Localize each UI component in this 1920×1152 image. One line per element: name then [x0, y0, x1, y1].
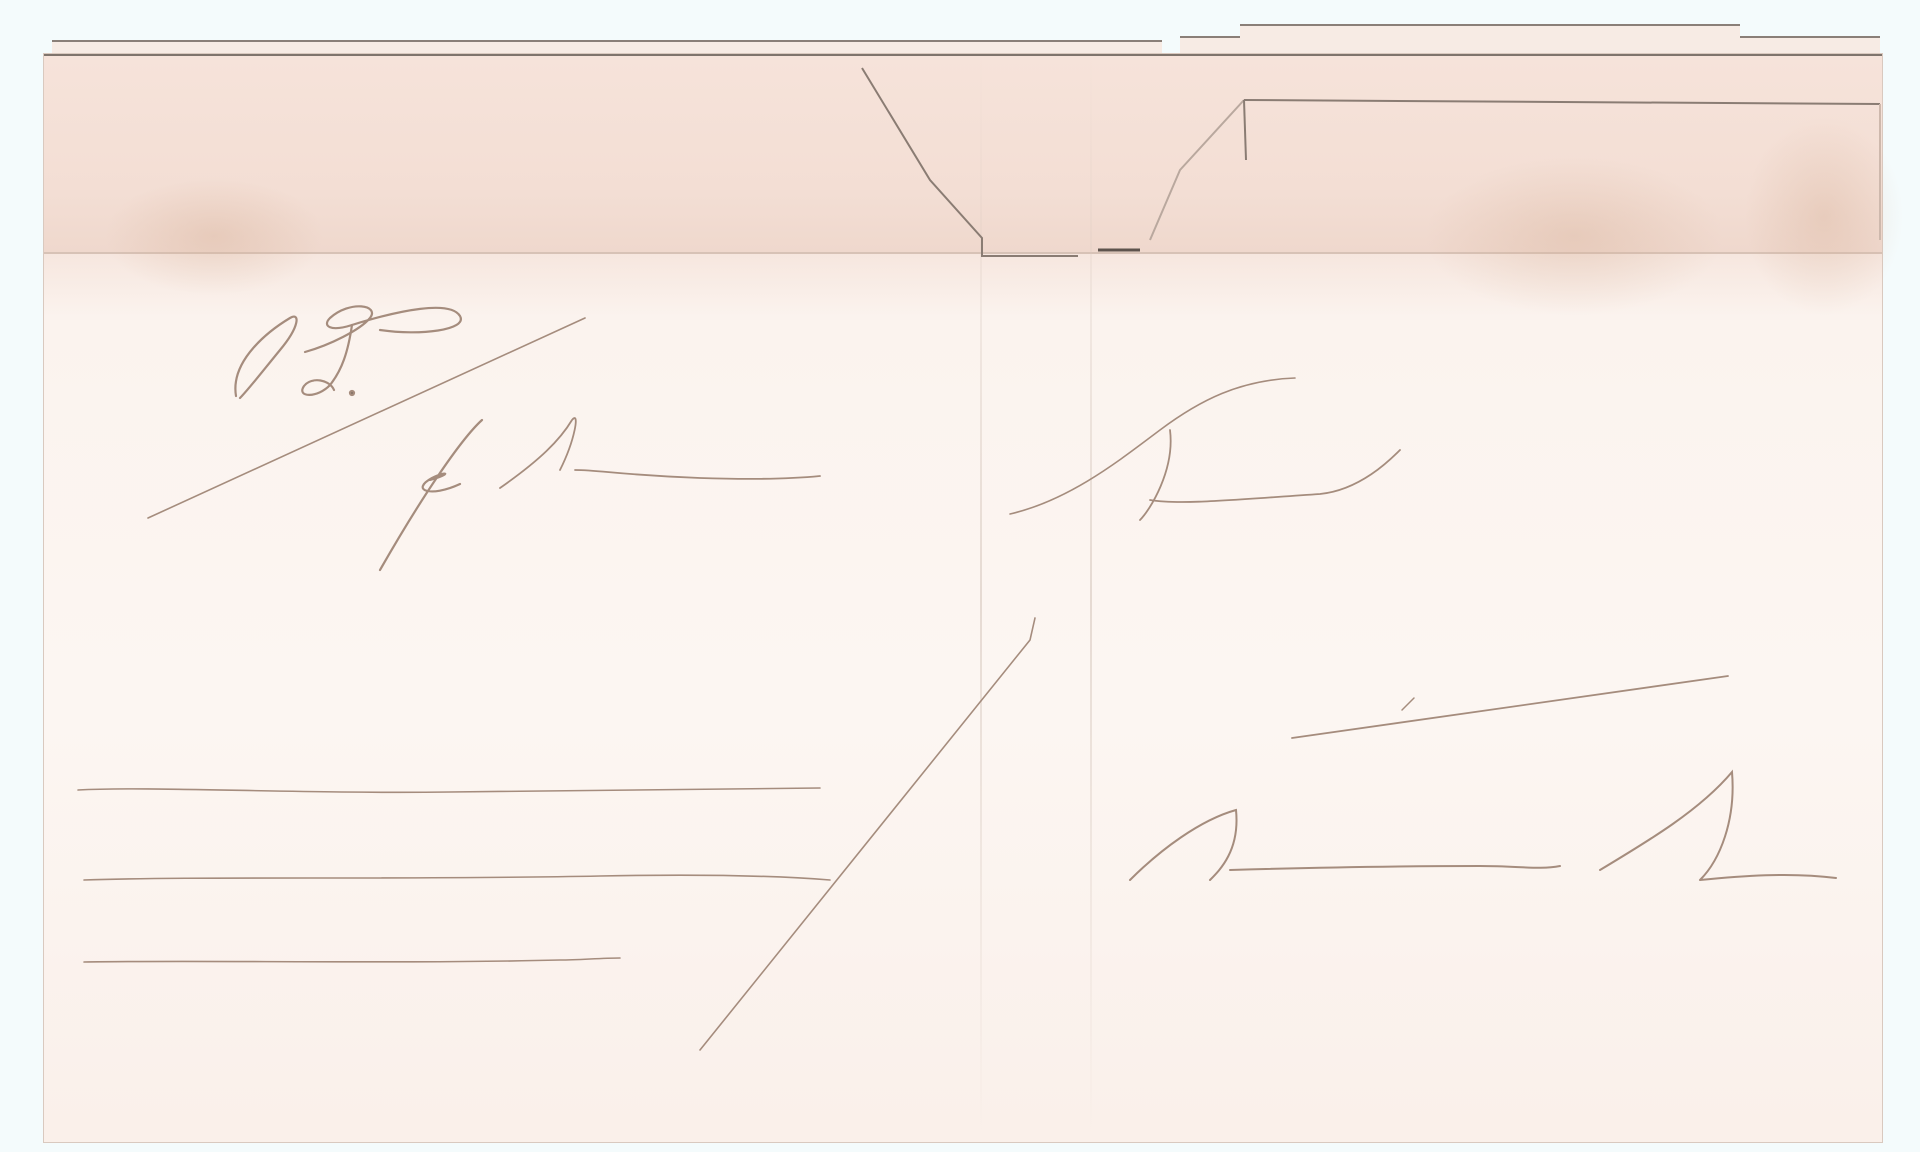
address-line-1: Hr. Skolelærer Kierulff: [420, 460, 1071, 525]
foxing-stain: [1744, 116, 1904, 316]
note-line-1: Dette Brev er afleveret til: [80, 760, 601, 806]
foxing-stain: [1424, 156, 1724, 316]
letter-sheet: [44, 54, 1882, 1142]
foxing-stain: [104, 176, 324, 296]
address-line-2: Bröndshöi Skole: [1130, 820, 1628, 890]
note-line-3: han vilde besörge det: [80, 932, 519, 978]
scanned-envelope: S.T. Hr. Skolelærer Kierulff Bröndshöi S…: [0, 0, 1920, 1152]
note-line-2: Seminarist T. Mörck, da: [80, 850, 565, 896]
top-left-mark: S.T.: [228, 320, 344, 394]
vertical-fold-right: [1090, 56, 1092, 1142]
vertical-fold-left: [980, 56, 982, 1142]
